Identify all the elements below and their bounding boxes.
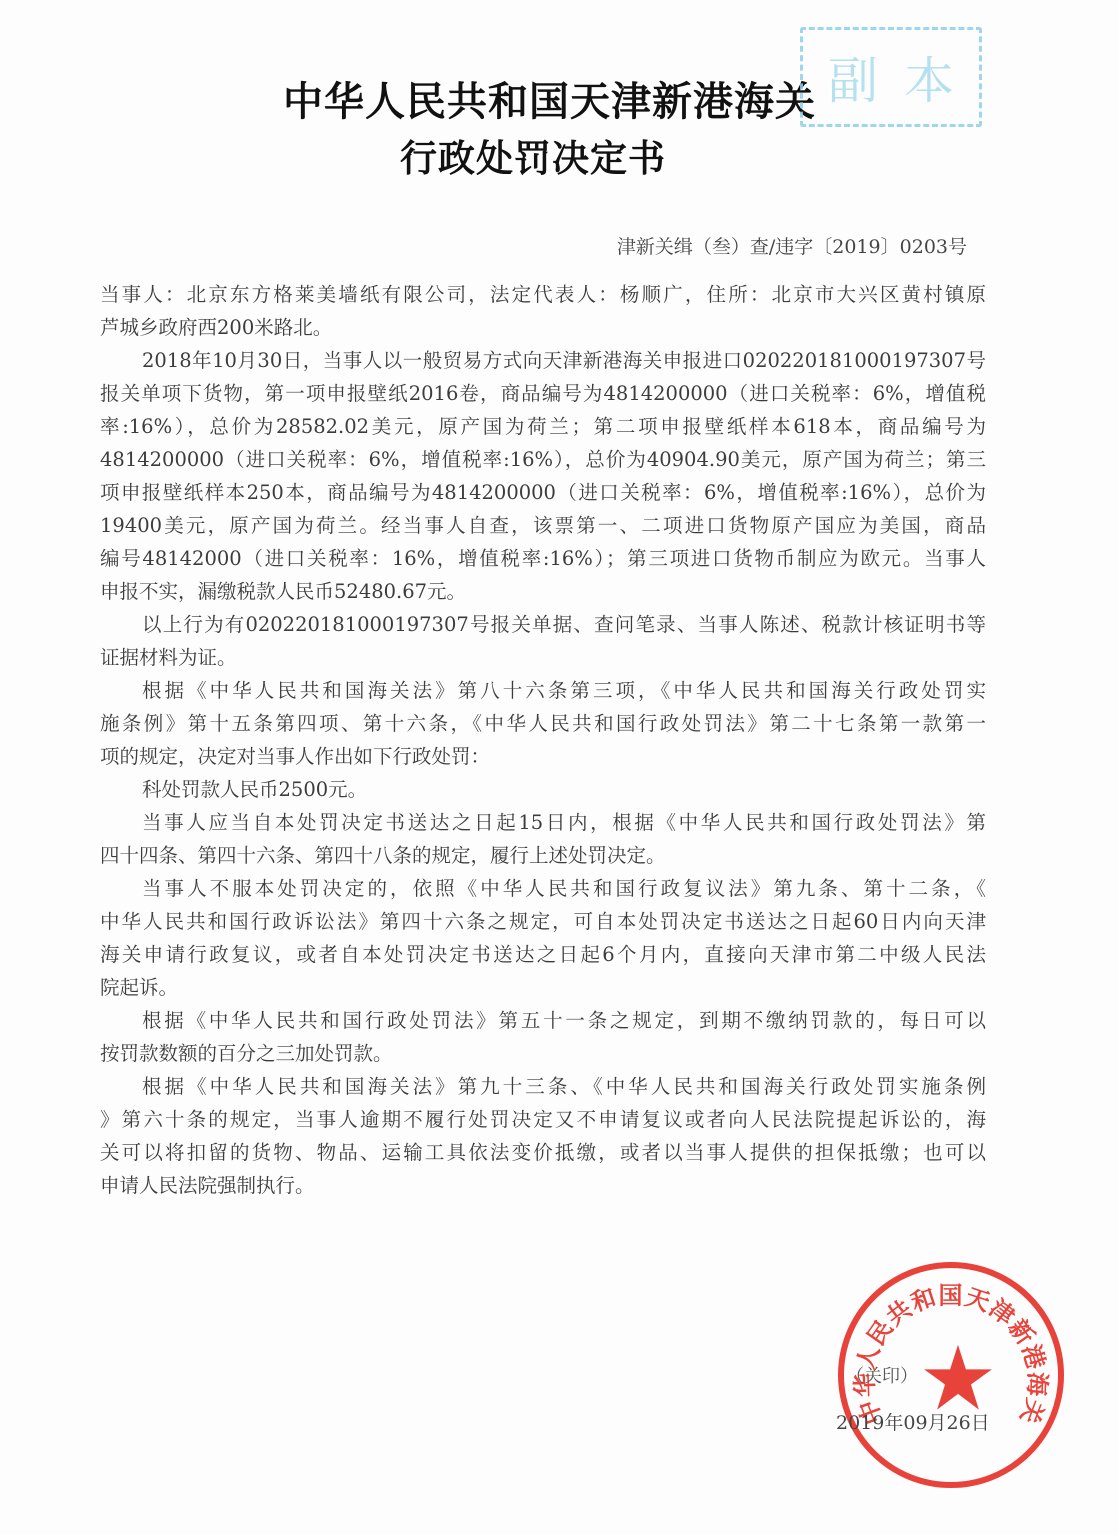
body-line: 按罚款数额的百分之三加处罚款。 [100,1037,986,1070]
copy-stamp-char: 本 [904,41,954,113]
body-line: 率:16%），总价为28582.02美元，原产国为荷兰；第二项申报壁纸样本618… [100,410,986,443]
body-line: 四十四条、第四十六条、第四十八条的规定，履行上述处罚决定。 [100,839,986,872]
copy-stamp-char: 副 [828,41,878,113]
body-line: 科处罚款人民币2500元。 [100,773,986,806]
body-line: 根据《中华人民共和国行政处罚法》第五十一条之规定，到期不缴纳罚款的，每日可以 [100,1004,986,1037]
body-line: 19400美元，原产国为荷兰。经当事人自查，该票第一、二项进口货物原产国应为美国… [100,509,986,542]
body-line: 芦城乡政府西200米路北。 [100,311,986,344]
body-line: 海关申请行政复议，或者自本处罚决定书送达之日起6个月内，直接向天津市第二中级人民… [100,938,986,971]
body-line: 4814200000（进口关税率：6%，增值税率:16%），总价为40904.9… [100,443,986,476]
body-line: 当事人不服本处罚决定的，依照《中华人民共和国行政复议法》第九条、第十二条，《 [100,872,986,905]
body-line: 以上行为有020220181000197307号报关单据、查问笔录、当事人陈述、… [100,608,986,641]
copy-stamp: 副 本 [800,27,982,127]
decision-date: 2019年09月26日 [836,1408,990,1435]
body-line: 申报不实，漏缴税款人民币52480.67元。 [100,575,986,608]
body-line: 申请人民法院强制执行。 [100,1169,986,1202]
body-line: 》第六十条的规定，当事人逾期不履行处罚决定又不申请复议或者向人民法院提起诉讼的，… [100,1103,986,1136]
document-title-line1: 中华人民共和国天津新港海关 [283,78,795,126]
body-line: 施条例》第十五条第四项、第十六条，《中华人民共和国行政处罚法》第二十七条第一款第… [100,707,986,740]
body-line: 项申报壁纸样本250本，商品编号为4814200000（进口关税率：6%，增值税… [100,476,986,509]
body-line: 中华人民共和国行政诉讼法》第四十六条之规定，可自本处罚决定书送达之日起60日内向… [100,905,986,938]
body-line: 当事人应当自本处罚决定书送达之日起15日内，根据《中华人民共和国行政处罚法》第 [100,806,986,839]
body-line: 项的规定，决定对当事人作出如下行政处罚： [100,740,986,773]
document-page: 中华人民共和国天津新港海关 行政处罚决定书 副 本 津新关缉（叁）查/违字〔20… [0,0,1119,1535]
document-number: 津新关缉（叁）查/违字〔2019〕0203号 [617,232,967,259]
star-icon [922,1342,994,1414]
body-line: 当事人：北京东方格莱美墙纸有限公司，法定代表人：杨顺广，住所：北京市大兴区黄村镇… [100,278,986,311]
body-line: 证据材料为证。 [100,641,986,674]
body-line: 报关单项下货物，第一项申报壁纸2016卷，商品编号为4814200000（进口关… [100,377,986,410]
body-line: 2018年10月30日，当事人以一般贸易方式向天津新港海关申报进口0202201… [100,344,986,377]
seal-label: （关印） [846,1362,918,1388]
document-body: 当事人：北京东方格莱美墙纸有限公司，法定代表人：杨顺广，住所：北京市大兴区黄村镇… [100,278,986,1202]
body-line: 编号48142000（进口关税率：16%，增值税率:16%）；第三项进口货物币制… [100,542,986,575]
body-line: 根据《中华人民共和国海关法》第九十三条、《中华人民共和国海关行政处罚实施条例 [100,1070,986,1103]
body-line: 根据《中华人民共和国海关法》第八十六条第三项，《中华人民共和国海关行政处罚实 [100,674,986,707]
document-title-line2: 行政处罚决定书 [400,136,690,182]
body-line: 院起诉。 [100,971,986,1004]
body-line: 关可以将扣留的货物、物品、运输工具依法变价抵缴，或者以当事人提供的担保抵缴；也可… [100,1136,986,1169]
